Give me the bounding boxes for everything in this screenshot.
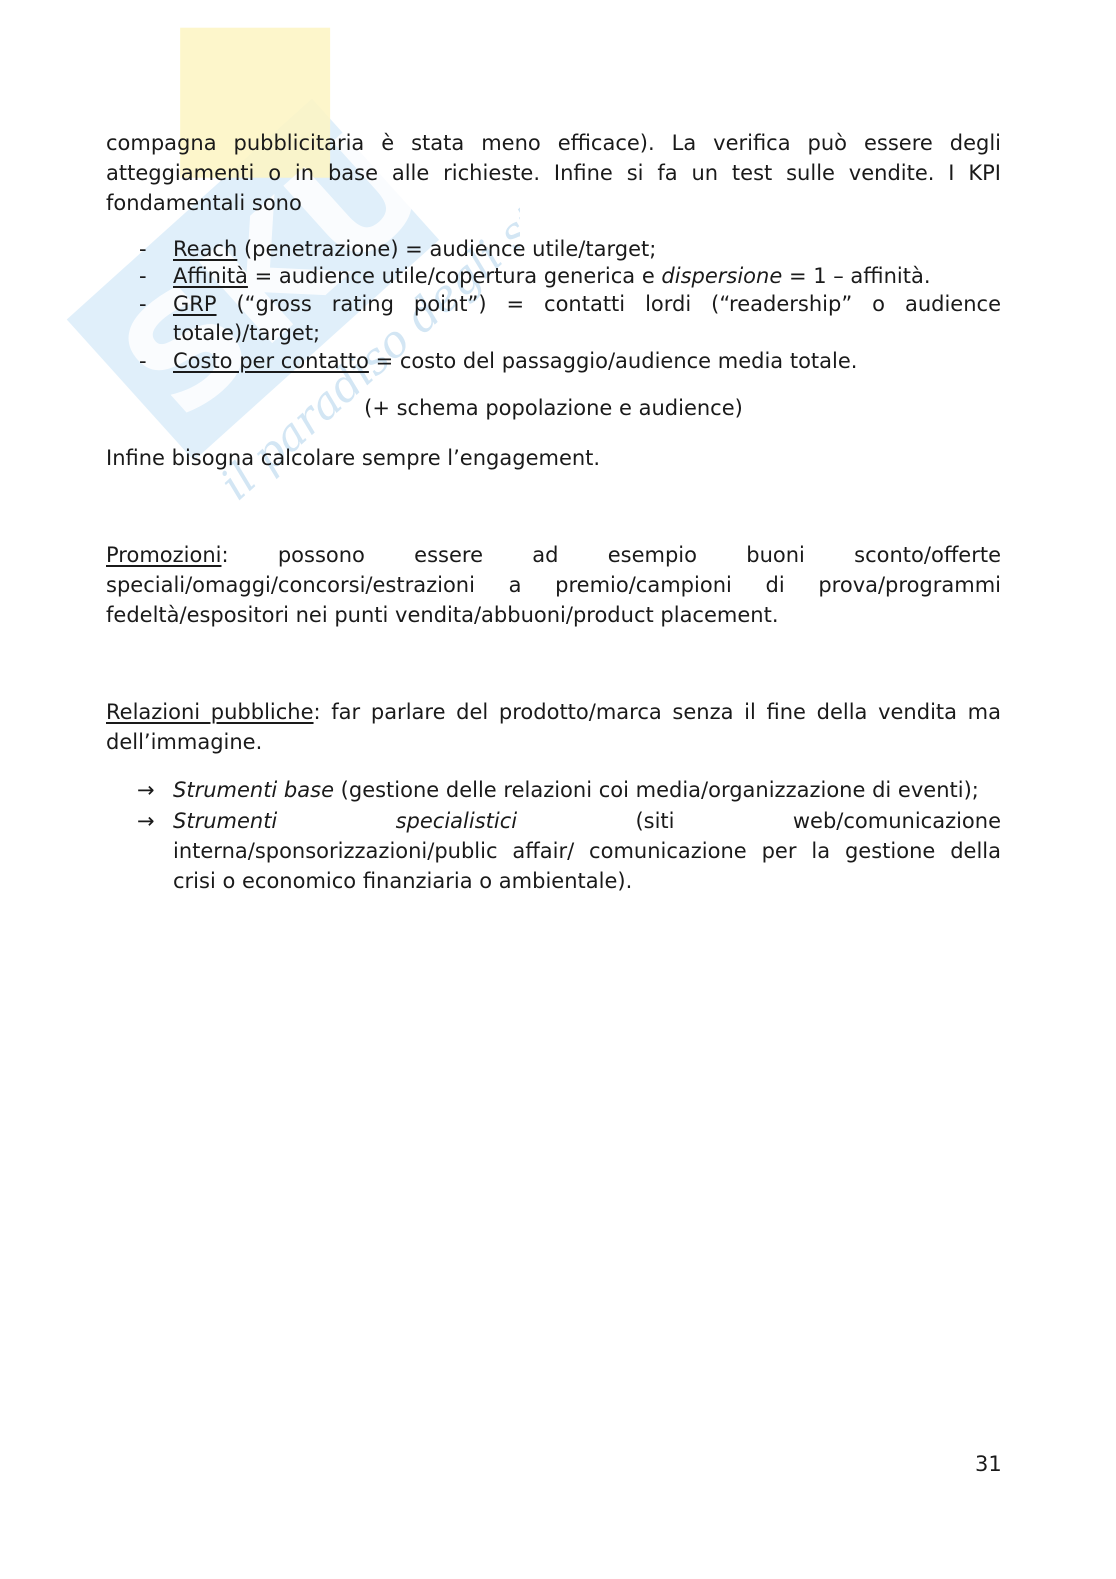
- strumenti-term: Strumenti base: [173, 778, 334, 802]
- relazioni-paragraph: Relazioni pubbliche: far parlare del pro…: [106, 697, 1001, 757]
- dash-bullet: -: [139, 348, 147, 375]
- kpi-term: GRP: [173, 292, 217, 316]
- relazioni-term: Relazioni pubbliche: [106, 700, 314, 724]
- arrow-right-icon: →: [137, 775, 155, 805]
- strumenti-spread-line: Strumenti specialistici (siti web/comuni…: [173, 806, 1001, 836]
- strumenti-term-2: specialistici: [396, 806, 518, 836]
- kpi-definition: (“gross rating point”) = contatti lordi …: [173, 292, 1001, 345]
- kpi-item-grp: - GRP (“gross rating point”) = contatti …: [106, 290, 1001, 348]
- promozioni-paragraph: Promozioni: possono essere ad esempio bu…: [106, 540, 1001, 630]
- promozioni-term: Promozioni: [106, 543, 221, 567]
- dash-bullet: -: [139, 236, 147, 263]
- engagement-paragraph: Infine bisogna calcolare sempre l’engage…: [106, 443, 1001, 473]
- strumenti-item-base: → Strumenti base (gestione delle relazio…: [106, 775, 1001, 805]
- dash-bullet: -: [139, 263, 147, 290]
- strumenti-description-a: (siti: [635, 806, 674, 836]
- kpi-term: Reach: [173, 237, 237, 261]
- strumenti-list: → Strumenti base (gestione delle relazio…: [106, 775, 1001, 896]
- arrow-right-icon: →: [137, 806, 155, 836]
- kpi-italic-term: dispersione: [661, 264, 782, 288]
- strumenti-description-b: web/comunicazione: [793, 806, 1001, 836]
- document-page: compagna pubblicitaria è stata meno effi…: [106, 128, 1001, 897]
- promozioni-text: : possono essere ad esempio buoni sconto…: [106, 543, 1001, 627]
- schema-note: (+ schema popolazione e audience): [106, 393, 1001, 423]
- kpi-definition-end: = 1 – affinità.: [782, 264, 930, 288]
- page-number: 31: [975, 1452, 1002, 1476]
- strumenti-term: Strumenti: [173, 806, 277, 836]
- strumenti-description-c: interna/sponsorizzazioni/public affair/ …: [173, 839, 1001, 893]
- kpi-term: Costo per contatto: [173, 349, 369, 373]
- kpi-list: - Reach (penetrazione) = audience utile/…: [106, 236, 1001, 375]
- kpi-definition: = audience utile/copertura generica e: [248, 264, 662, 288]
- kpi-item-costo-contatto: - Costo per contatto = costo del passagg…: [106, 348, 1001, 375]
- kpi-item-reach: - Reach (penetrazione) = audience utile/…: [106, 236, 1001, 263]
- strumenti-item-specialistici: → Strumenti specialistici (siti web/comu…: [106, 806, 1001, 896]
- kpi-term: Affinità: [173, 264, 248, 288]
- intro-paragraph: compagna pubblicitaria è stata meno effi…: [106, 128, 1001, 218]
- kpi-definition: (penetrazione) = audience utile/target;: [237, 237, 656, 261]
- strumenti-description: (gestione delle relazioni coi media/orga…: [334, 778, 979, 802]
- dash-bullet: -: [139, 290, 147, 319]
- kpi-definition: = costo del passaggio/audience media tot…: [369, 349, 858, 373]
- kpi-item-affinita: - Affinità = audience utile/copertura ge…: [106, 263, 1001, 290]
